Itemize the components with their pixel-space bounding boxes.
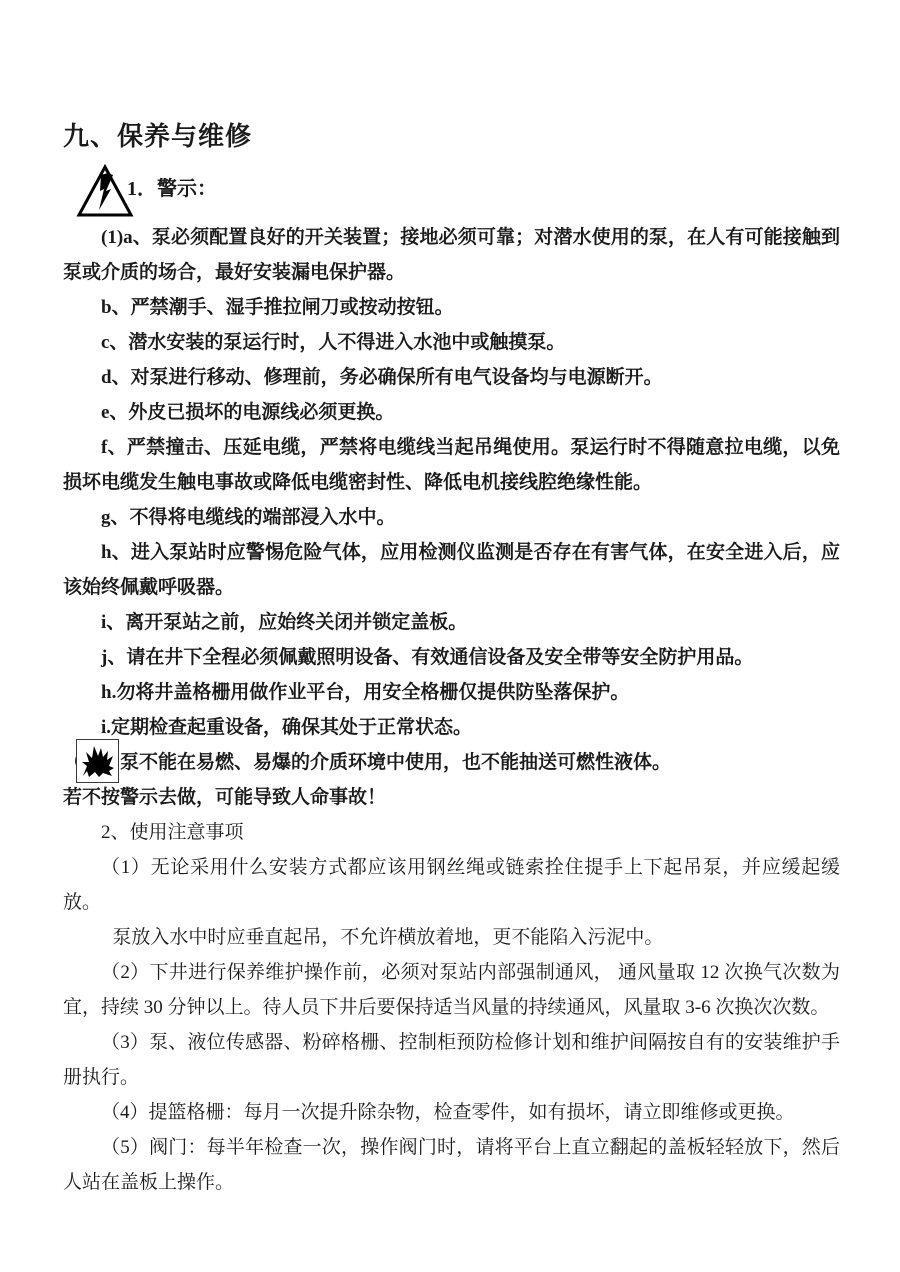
usage-item-1: （1）无论采用什么安装方式都应该用钢丝绳或链索拴住提手上下起吊泵，并应缓起缓放。 bbox=[63, 850, 840, 920]
warning-item-d: d、对泵进行移动、修理前，务必确保所有电气设备均与电源断开。 bbox=[63, 360, 840, 395]
warning-item-1a: (1)a、泵必须配置良好的开关装置；接地必须可靠；对潜水使用的泵，在人有可能接触… bbox=[63, 220, 840, 290]
caution-text: 若不按警示去做，可能导致人命事故！ bbox=[63, 780, 840, 815]
warning-item-f: f、严禁撞击、压延电缆，严禁将电缆线当起吊绳使用。泵运行时不得随意拉电缆，以免损… bbox=[63, 430, 840, 500]
page-content: 九、保养与维修 1．警示： (1)a、泵必须配置良好的开关装置；接地必须可靠；对… bbox=[63, 120, 840, 1200]
warning-item-b: b、严禁潮手、湿手推拉闸刀或按动按钮。 bbox=[63, 290, 840, 325]
warning-heading-row: 1．警示： bbox=[63, 163, 840, 220]
warning-heading: 1．警示： bbox=[127, 172, 217, 201]
warning-item-j: j、请在井下全程必须佩戴照明设备、有效通信设备及安全带等安全防护用品。 bbox=[63, 640, 840, 675]
manual-page: 九、保养与维修 1．警示： (1)a、泵必须配置良好的开关装置；接地必须可靠；对… bbox=[0, 0, 900, 1272]
explosion-warning-row: （2）．泵不能在易燃、易爆的介质环境中使用，也不能抽送可燃性液体。 bbox=[63, 745, 840, 780]
high-voltage-warning-icon bbox=[76, 164, 134, 218]
explosion-warning-text: （2）．泵不能在易燃、易爆的介质环境中使用，也不能抽送可燃性液体。 bbox=[63, 745, 840, 780]
explosion-icon bbox=[76, 739, 119, 783]
warning-item-i: i、离开泵站之前，应始终关闭并锁定盖板。 bbox=[63, 605, 840, 640]
usage-section-heading: 2、使用注意事项 bbox=[63, 815, 840, 850]
warning-item-h2: h.勿将井盖格栅用做作业平台，用安全格栅仅提供防坠落保护。 bbox=[63, 675, 840, 710]
usage-item-4: （4）提篮格栅：每月一次提升除杂物，检查零件，如有损坏，请立即维修或更换。 bbox=[63, 1095, 840, 1130]
usage-item-5: （5）阀门：每半年检查一次，操作阀门时，请将平台上直立翻起的盖板轻轻放下，然后人… bbox=[63, 1130, 840, 1200]
warning-item-e: e、外皮已损坏的电源线必须更换。 bbox=[63, 395, 840, 430]
usage-item-1-continuation: 泵放入水中时应垂直起吊，不允许横放着地，更不能陷入污泥中。 bbox=[63, 920, 840, 955]
usage-item-2: （2）下井进行保养维护操作前，必须对泵站内部强制通风， 通风量取 12 次换气次… bbox=[63, 955, 840, 1025]
warning-item-g: g、不得将电缆线的端部浸入水中。 bbox=[63, 500, 840, 535]
warning-item-c: c、潜水安装的泵运行时，人不得进入水池中或触摸泵。 bbox=[63, 325, 840, 360]
usage-item-3: （3）泵、液位传感器、粉碎格栅、控制柜预防检修计划和维护间隔按自有的安装维护手册… bbox=[63, 1025, 840, 1095]
warning-item-i2: i.定期检查起重设备，确保其处于正常状态。 bbox=[63, 710, 840, 745]
page-title: 九、保养与维修 bbox=[63, 120, 840, 153]
warning-item-h: h、进入泵站时应警惕危险气体，应用检测仪监测是否存在有害气体，在安全进入后，应该… bbox=[63, 535, 840, 605]
